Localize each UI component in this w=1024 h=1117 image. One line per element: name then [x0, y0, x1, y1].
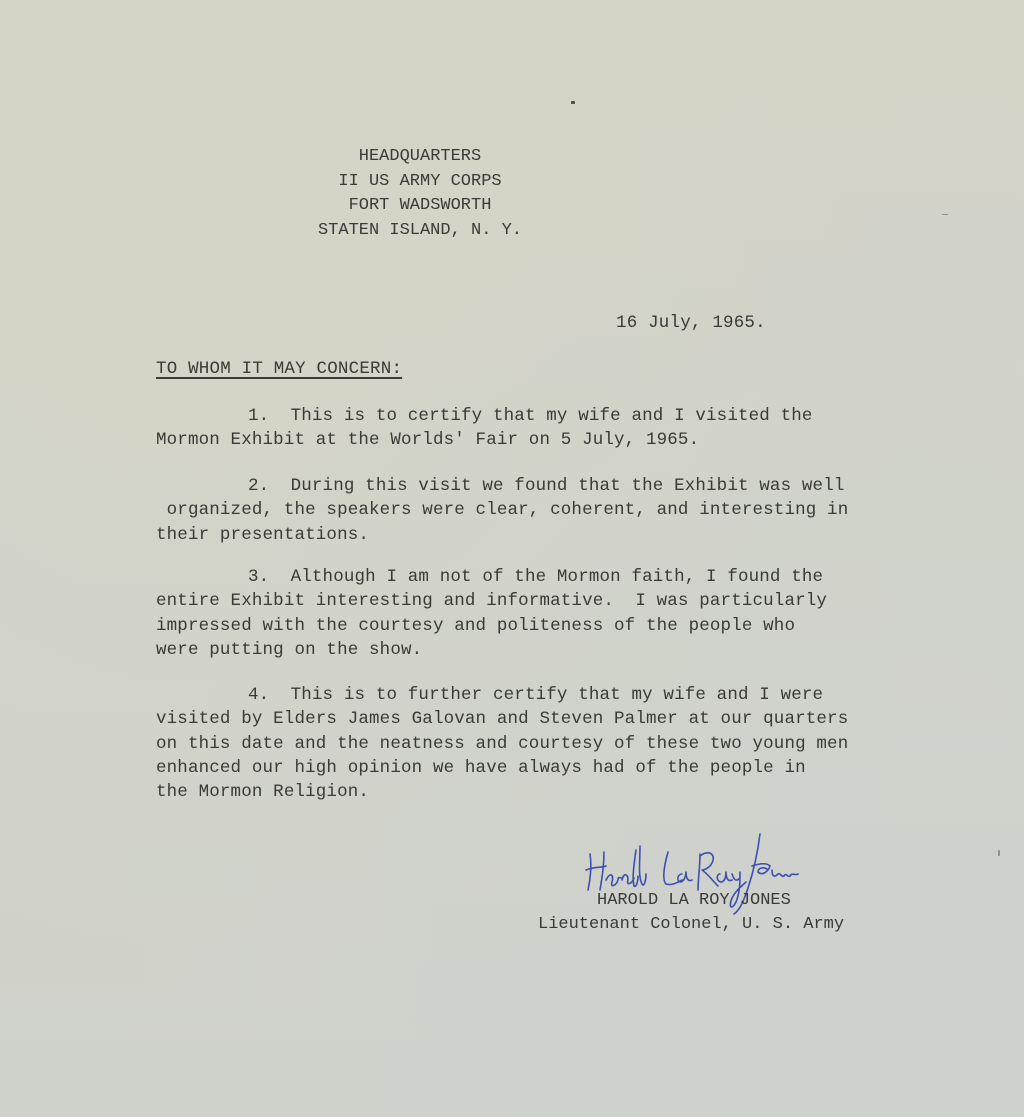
signer-title: Lieutenant Colonel, U. S. Army — [538, 915, 844, 934]
signer-name: HAROLD LA ROY JONES — [597, 891, 791, 910]
ink-speck — [571, 101, 575, 104]
paragraph-line: were putting on the show. — [156, 638, 916, 662]
paragraph-line: enhanced our high opinion we have always… — [156, 756, 916, 780]
paragraph-line: impressed with the courtesy and politene… — [156, 614, 916, 638]
letterhead-line: STATEN ISLAND, N. Y. — [300, 219, 540, 244]
paragraph-2: 2. During this visit we found that the E… — [156, 474, 916, 547]
paragraph-line: organized, the speakers were clear, cohe… — [156, 498, 916, 522]
paragraph-3: 3. Although I am not of the Mormon faith… — [156, 565, 916, 662]
letter-date: 16 July, 1965. — [616, 311, 766, 335]
ink-speck — [998, 850, 1000, 856]
letterhead-line: FORT WADSWORTH — [300, 194, 540, 219]
paragraph-line: their presentations. — [156, 523, 916, 547]
ink-speck — [942, 214, 948, 215]
salutation: TO WHOM IT MAY CONCERN: — [156, 357, 402, 381]
paragraph-1: 1. This is to certify that my wife and I… — [156, 404, 916, 453]
paragraph-4: 4. This is to further certify that my wi… — [156, 683, 916, 804]
paragraph-line: 1. This is to certify that my wife and I… — [156, 404, 916, 428]
letterhead: HEADQUARTERS II US ARMY CORPS FORT WADSW… — [300, 145, 540, 243]
paragraph-line: entire Exhibit interesting and informati… — [156, 589, 916, 613]
paragraph-line: 2. During this visit we found that the E… — [156, 474, 916, 498]
paragraph-line: on this date and the neatness and courte… — [156, 732, 916, 756]
paragraph-line: 3. Although I am not of the Mormon faith… — [156, 565, 916, 589]
paragraph-line: the Mormon Religion. — [156, 780, 916, 804]
paragraph-line: visited by Elders James Galovan and Stev… — [156, 707, 916, 731]
letterhead-line: HEADQUARTERS — [300, 145, 540, 170]
paragraph-line: Mormon Exhibit at the Worlds' Fair on 5 … — [156, 428, 916, 452]
paragraph-line: 4. This is to further certify that my wi… — [156, 683, 916, 707]
letterhead-line: II US ARMY CORPS — [300, 170, 540, 195]
